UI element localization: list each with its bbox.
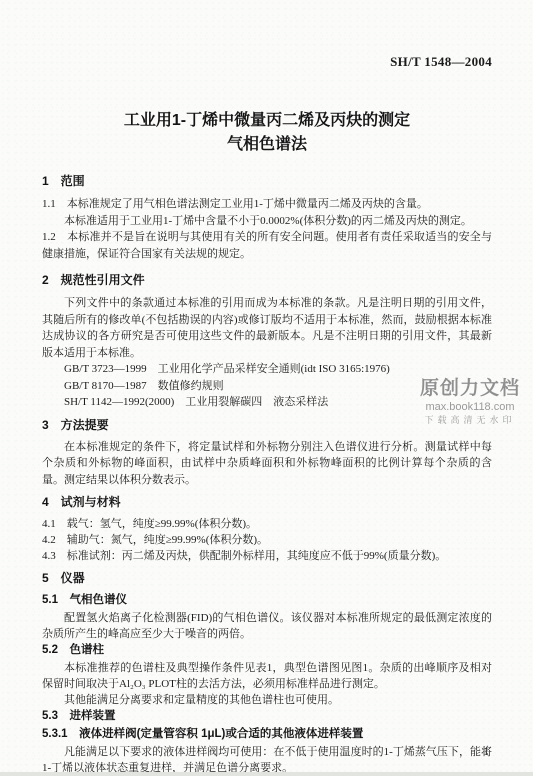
section-5-heading: 5 仪器 (42, 570, 492, 586)
section-1-heading: 1 范围 (42, 173, 492, 189)
clause-4-1: 4.1 载气：氢气，纯度≥99.99%(体积分数)。 (42, 516, 492, 532)
reference-gbt-3723: GB/T 3723—1999 工业用化学产品采样安全通则(idt ISO 316… (42, 361, 492, 378)
clause-4-3: 4.3 标准试剂：丙二烯及丙炔，供配制外标样用，其纯度应不低于99%(质量分数)… (42, 548, 492, 564)
watermark-brand: 原创力文档 (420, 378, 520, 400)
document-page: SH/T 1548—2004 工业用1-丁烯中微量丙二烯及丙炔的测定 气相色谱法… (0, 0, 533, 776)
page-number: 1 (483, 746, 489, 758)
clause-5-3-1-heading: 5.3.1 液体进样阀(定量管容积 1μL)或合适的其他液体进样装置 (42, 726, 492, 742)
clause-5-3-heading: 5.3 进样装置 (42, 708, 492, 724)
clause-5-1-heading: 5.1 气相色谱仪 (42, 592, 492, 608)
watermark-site-url: max.book118.com (420, 401, 520, 414)
document-title-line1: 工业用1-丁烯中微量丙二烯及丙炔的测定 (42, 109, 492, 133)
clause-5-2-paragraph-1: 本标准推荐的色谱柱及典型操作条件见表1，典型色谱图见图1。杂质的出峰顺序及相对保… (42, 660, 492, 692)
section-2-paragraph: 下列文件中的条款通过本标准的引用而成为本标准的条款。凡是注明日期的引用文件，其随… (42, 295, 492, 361)
scan-bottom-edge (0, 772, 533, 776)
watermark-tagline: 下载高清无水印 (420, 415, 520, 425)
clause-4-2: 4.2 辅助气：氮气，纯度≥99.99%(体积分数)。 (42, 532, 492, 548)
section-2-heading: 2 规范性引用文件 (42, 272, 492, 288)
clause-1-2: 1.2 本标准并不是旨在说明与其使用有关的所有安全问题。使用者有责任采取适当的安… (42, 229, 492, 262)
watermark: 原创力文档 max.book118.com 下载高清无水印 (420, 378, 520, 426)
clause-1-1-paragraph-2: 本标准适用于工业用1-丁烯中含量不小于0.0002%(体积分数)的丙二烯及丙炔的… (42, 213, 492, 230)
document-title-line2: 气相色谱法 (42, 133, 492, 157)
section-4-heading: 4 试剂与材料 (42, 494, 492, 510)
standard-code: SH/T 1548—2004 (42, 55, 492, 69)
clause-5-1-paragraph: 配置氢火焰离子化检测器(FID)的气相色谱仪。该仪器对本标准所规定的最低测定浓度… (42, 610, 492, 642)
section-3-paragraph: 在本标准规定的条件下，将定量试样和外标物分别注入色谱仪进行分析。测量试样中每个杂… (42, 439, 492, 489)
clause-5-2-paragraph-2: 其他能满足分离要求和定量精度的其他色谱柱也可使用。 (42, 692, 492, 708)
clause-5-2-heading: 5.2 色谱柱 (42, 642, 492, 658)
clause-1-1: 1.1 本标准规定了用气相色谱法测定工业用1-丁烯中微量丙二烯及丙炔的含量。 (42, 196, 492, 213)
